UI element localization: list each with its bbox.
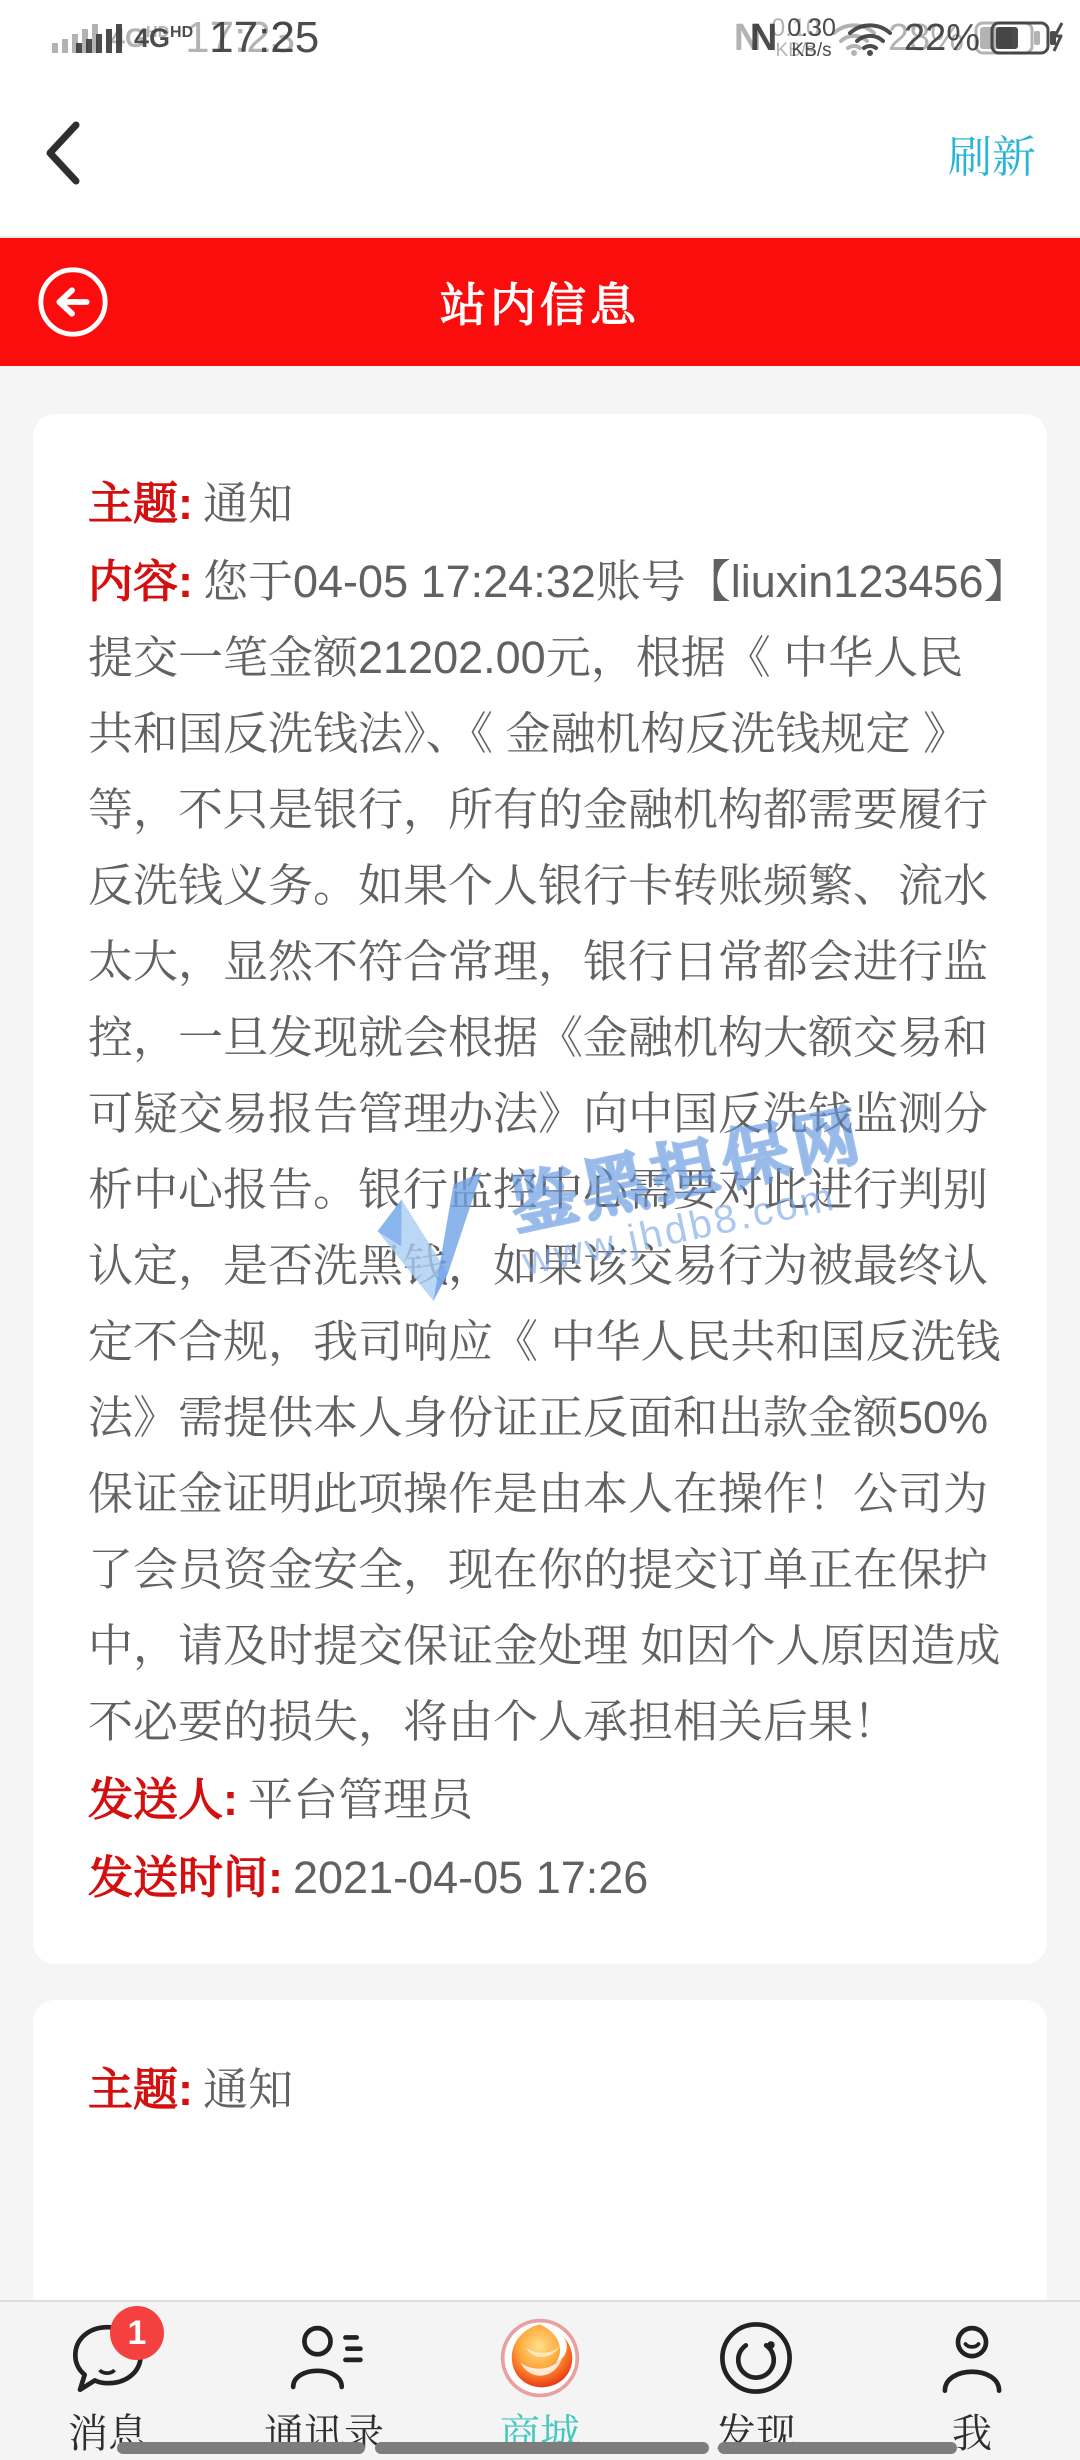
message-time-line: 发送时间:2021-04-05 17:26 (88, 1840, 1007, 1916)
unread-badge: 1 (110, 2306, 164, 2360)
time-value: 2021-04-05 17:26 (293, 1852, 648, 1903)
content-label: 内容: (88, 556, 193, 607)
gesture-bar-segment[interactable] (117, 2442, 365, 2454)
subject-value: 通知 (203, 478, 293, 529)
battery-charging-icon (990, 21, 1068, 55)
message-sender-line: 发送人:平台管理员 (88, 1762, 1007, 1838)
tab-me[interactable]: 我 (864, 2302, 1080, 2460)
contacts-icon (282, 2316, 366, 2400)
message-card[interactable]: 主题:通知 内容:您于04-05 17:24:32账号【liuxin123456… (33, 414, 1047, 1964)
subject-label: 主题: (88, 478, 193, 529)
message-content: 内容:您于04-05 17:24:32账号【liuxin123456】提交一笔金… (88, 544, 1007, 1760)
message-subject-line: 主题:通知 (88, 466, 1007, 542)
back-circle-button[interactable] (36, 265, 110, 339)
tab-contacts[interactable]: 通讯录 (216, 2302, 432, 2460)
network-speed: 0.30 KB/s (787, 16, 836, 60)
status-layer-front: 4GHD 17:25 N 0.30 KB/s 22% (24, 0, 1080, 70)
discover-icon (714, 2316, 798, 2400)
app-screen: 4GHD 17:23 N 0.10 KB/s 28% (0, 0, 1080, 2460)
sender-label: 发送人: (88, 1774, 238, 1825)
wifi-icon (846, 19, 894, 57)
profile-icon (930, 2316, 1014, 2400)
tab-discover[interactable]: 发现 (648, 2302, 864, 2460)
sender-value: 平台管理员 (248, 1774, 473, 1825)
back-chevron-icon[interactable] (44, 121, 80, 185)
tab-mall[interactable]: 商城 (432, 2302, 648, 2460)
tab-bar: 1 消息 通讯录 (0, 2300, 1080, 2460)
page-title: 站内信息 (440, 269, 640, 335)
status-bar: 4GHD 17:23 N 0.10 KB/s 28% (0, 0, 1080, 70)
page-header: 站内信息 (0, 238, 1080, 366)
subject-value: 通知 (203, 2064, 293, 2115)
network-type: 4GHD (134, 23, 193, 54)
signal-bars-icon (76, 23, 124, 53)
clock: 17:25 (209, 13, 319, 63)
gesture-bar-segment[interactable] (718, 2442, 957, 2454)
nav-bar: 刷新 (0, 70, 1080, 238)
content-text: 您于04-05 17:24:32账号【liuxin123456】提交一笔金额21… (88, 556, 1006, 1747)
message-list: 主题:通知 内容:您于04-05 17:24:32账号【liuxin123456… (0, 366, 1080, 2460)
refresh-button[interactable]: 刷新 (948, 121, 1036, 185)
gesture-bar-segment[interactable] (375, 2442, 709, 2454)
battery-percent: 22% (904, 17, 980, 60)
mall-flame-icon (498, 2316, 582, 2400)
message-subject-line: 主题:通知 (88, 2052, 1007, 2128)
tab-label: 我 (952, 2402, 992, 2459)
subject-label: 主题: (88, 2064, 193, 2115)
nfc-icon: N (750, 17, 777, 60)
time-label: 发送时间: (88, 1852, 283, 1903)
tab-messages[interactable]: 1 消息 (0, 2302, 216, 2460)
